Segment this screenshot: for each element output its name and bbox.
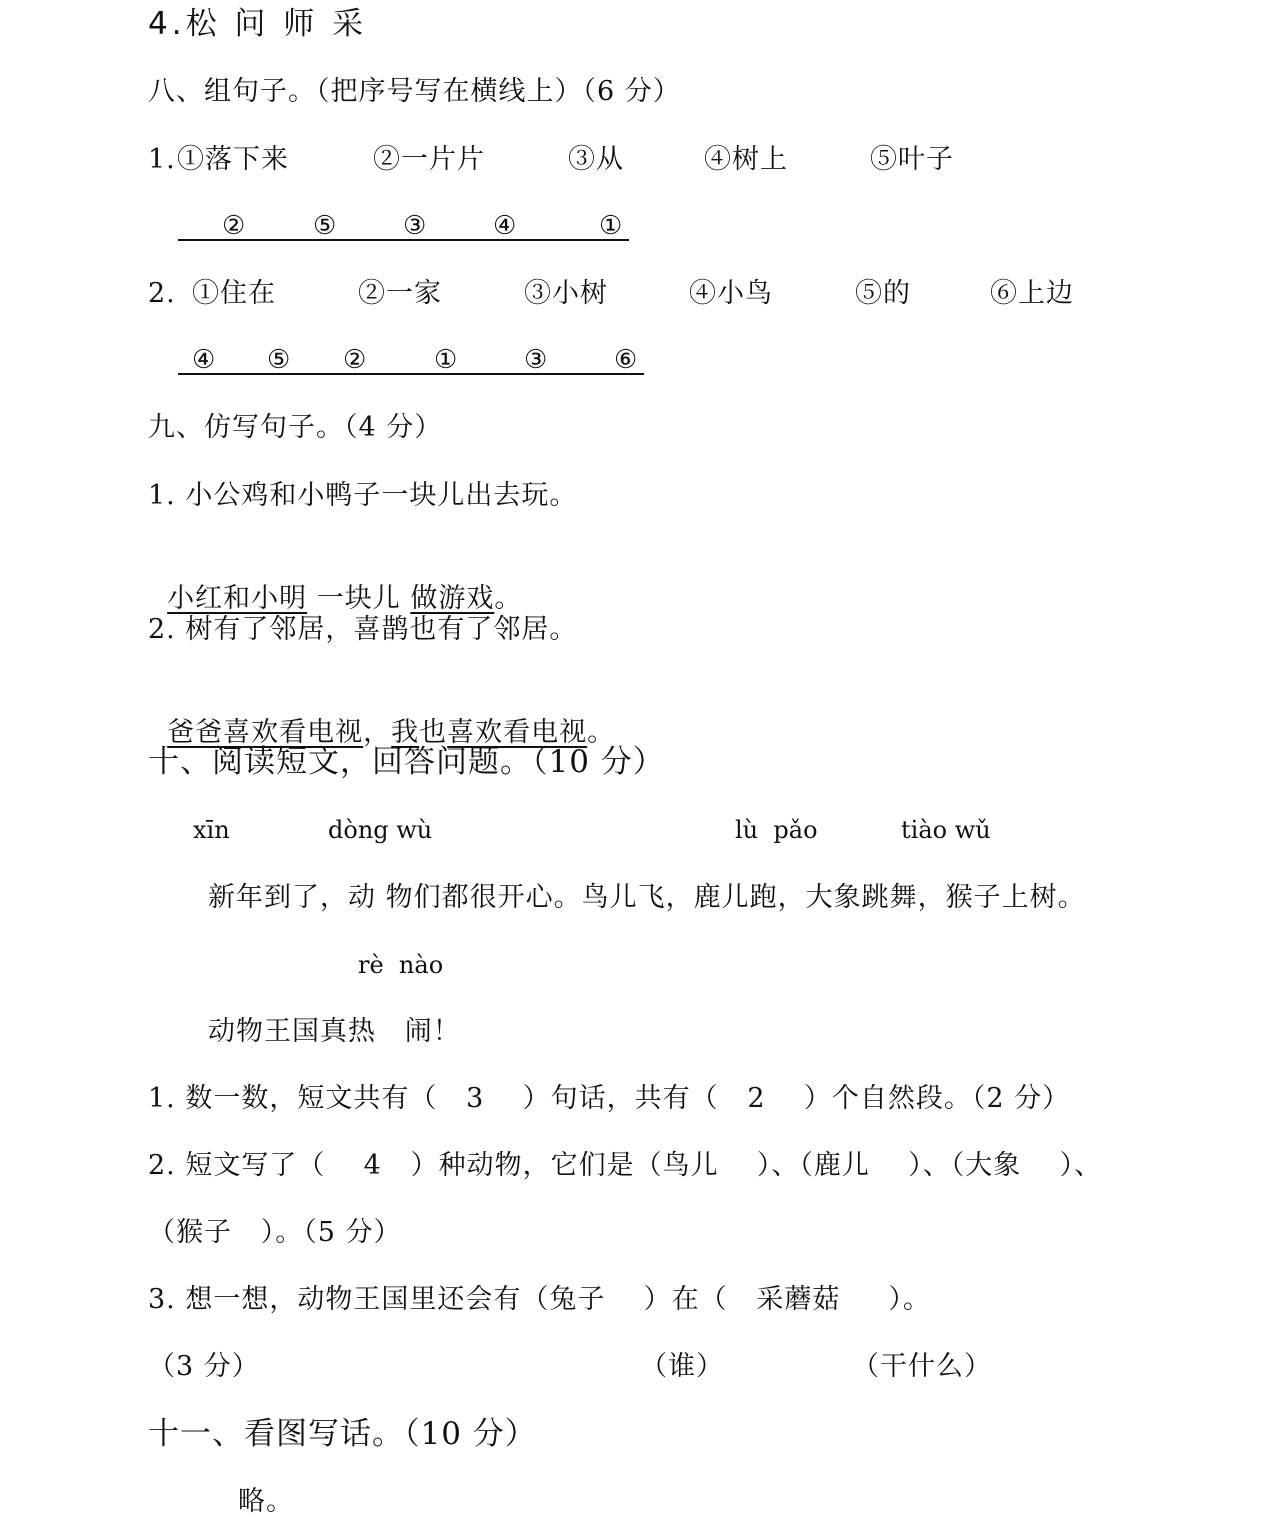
s9-q2-prompt: 2. 树有了邻居，喜鹊也有了邻居。	[148, 612, 577, 648]
s8-q2-item-5: ⑤的	[855, 276, 911, 312]
s10-q2-line-1: 2. 短文写了（ 4 ）种动物，它们是（鸟儿 ）、（鹿儿 ）、（大象 ）、	[148, 1148, 1102, 1184]
s10-q3-hint-who: （谁）	[640, 1349, 724, 1385]
s8-q2-item-3: ③小树	[524, 276, 608, 312]
section-11-title: 十一、看图写话。（10 分）	[148, 1416, 537, 1452]
pinyin-renao: rè nào	[358, 951, 443, 979]
s8-q2-label: 2.	[148, 276, 176, 312]
answer-line	[178, 239, 629, 241]
s8-q1-answer-5: ①	[599, 209, 622, 243]
question-4-line: 4.松 问 师 采	[148, 6, 367, 42]
s8-q2-answer-6: ⑥	[614, 343, 637, 377]
s10-q3-hint-what: （干什么）	[852, 1349, 992, 1385]
s8-q2-answer-1: ④	[192, 343, 215, 377]
s8-q2-answer-4: ①	[434, 343, 457, 377]
s8-q2-item-1: ①住在	[192, 276, 276, 312]
s9-q1-answer: 小红和小明 一块儿 做游戏。	[148, 545, 522, 617]
s10-q1: 1. 数一数，短文共有（ 3 ）句话，共有（ 2 ）个自然段。（2 分）	[148, 1081, 1070, 1117]
section-8-title: 八、组句子。（把序号写在横线上）（6 分）	[148, 74, 681, 110]
s9-q1-answer-subject: 小红和小明	[167, 583, 307, 614]
s8-q1-answer-3: ③	[403, 209, 426, 243]
s8-q2-item-2: ②一家	[358, 276, 442, 312]
s9-q1-answer-action: 做游戏	[410, 583, 494, 614]
s9-q1-prompt: 1. 小公鸡和小鸭子一块儿出去玩。	[148, 478, 577, 514]
pinyin-xin: xīn	[193, 816, 230, 844]
s8-q1-item-5: ⑤叶子	[870, 142, 954, 178]
s8-q1-item-3: ③从	[568, 142, 624, 178]
pinyin-lupao: lù pǎo	[735, 816, 818, 844]
s9-q1-answer-mid: 一块儿	[307, 583, 410, 614]
s11-answer: 略。	[238, 1484, 294, 1520]
passage-paragraph-1: 新年到了，动 物们都很开心。鸟儿飞，鹿儿跑，大象跳舞，猴子上树。	[208, 880, 1086, 916]
s10-q3: 3. 想一想，动物王国里还会有（兔子 ）在（ 采蘑菇 ）。	[148, 1282, 931, 1318]
s8-q1-answer-2: ⑤	[313, 209, 336, 243]
s8-q2-answer-3: ②	[343, 343, 366, 377]
s9-q2-answer: 爸爸喜欢看电视，我也喜欢看电视。	[148, 679, 615, 751]
s10-q3-score: （3 分）	[148, 1349, 260, 1385]
section-10-title: 十、阅读短文，回答问题。（10 分）	[148, 744, 665, 780]
s8-q2-answer-2: ⑤	[267, 343, 290, 377]
s8-q1-item-1: ①落下来	[177, 142, 289, 178]
passage-paragraph-2: 动物王国真热 闹！	[208, 1014, 461, 1050]
s8-q1-answer-4: ④	[493, 209, 516, 243]
s10-q2-line-2: （猴子 ）。（5 分）	[148, 1215, 402, 1251]
section-9-title: 九、仿写句子。（4 分）	[148, 410, 442, 446]
s8-q2-item-4: ④小鸟	[689, 276, 773, 312]
s8-q1-answer-1: ②	[222, 209, 245, 243]
answer-line	[178, 373, 644, 375]
s8-q1-item-4: ④树上	[704, 142, 788, 178]
s8-q2-answer-5: ③	[524, 343, 547, 377]
s8-q1-label: 1.	[148, 142, 176, 178]
s8-q1-item-2: ②一片片	[373, 142, 485, 178]
pinyin-tiaowu: tiào wǔ	[901, 816, 991, 844]
pinyin-dongwu: dòng wù	[328, 816, 432, 844]
s9-q1-answer-end: 。	[494, 583, 522, 614]
s8-q2-item-6: ⑥上边	[990, 276, 1074, 312]
